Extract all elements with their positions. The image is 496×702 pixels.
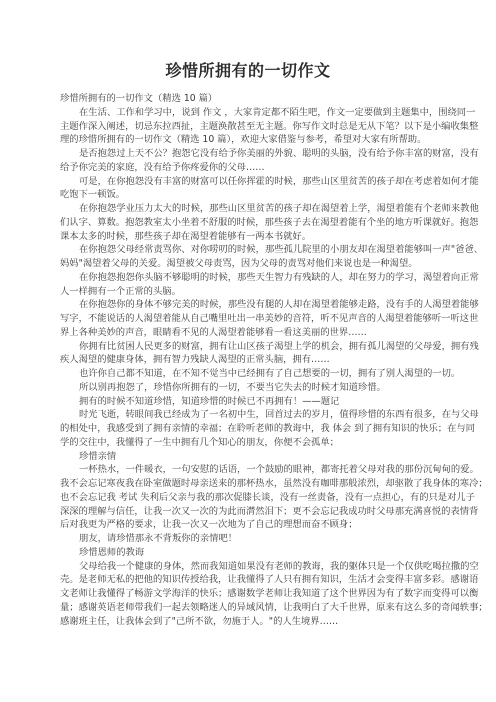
paragraph-line: 珍惜恩师的教诲 — [60, 546, 438, 560]
paragraph-line: 时光飞逝，转眼间我已经成为了一名初中生，回首过去的岁月，值得珍惜的东西有很多，在… — [60, 408, 438, 422]
paragraph-line: 是否抱怨过上天不公？抱怨它没有给予你美丽的外貌、聪明的头脑，没有给予你丰富的财富… — [60, 147, 438, 161]
paragraph-line: 在你抱怨你的身体不够完美的时候，那些没有腿的人却在渴望着能够走路，没有手的人渴望… — [60, 298, 438, 312]
paragraph-line: 量；感谢英语老师带我们一起去领略迷人的异域风情，让我明白了大千世界，原来有这么多… — [60, 601, 438, 615]
paragraph-line: 们认字、算数。抱怨教室太小坐着不舒服的时候，那些孩子去在渴望着能有个坐的地方听课… — [60, 216, 438, 230]
document-subtitle: 珍惜所拥有的一切作文（精选 10 篇） — [60, 92, 438, 106]
paragraph-line: 写字，不能说话的人渴望着能从自己嘴里吐出一串美妙的音符，听不见声音的人渴望着能够… — [60, 312, 438, 326]
paragraph-line: 人一样拥有一个正常的头脑。 — [60, 285, 438, 299]
paragraph-line: 珍惜亲情 — [60, 450, 438, 464]
paragraph-line: 你拥有比贫困人民更多的财富，拥有让山区孩子渴望上学的机会，拥有孤儿渴望的父母爱，… — [60, 340, 438, 354]
paragraph-line: 后对我更为严格的要求，让我一次又一次地为了自己的理想而奋不顾身； — [60, 518, 438, 532]
paragraph-line: 感谢班主任，让我体会到了"己所不欲，勿施于人。"的人生境界…… — [60, 615, 438, 629]
paragraph-line: 可是，在你抱怨没有丰富的财富可以任你挥霍的时候，那些山区里贫苦的孩子却在考虑着如… — [60, 175, 438, 189]
paragraph-line: 一杯热水，一件暖衣，一句安慰的话语，一个鼓励的眼神，都寄托着父母对我的那份沉甸甸… — [60, 463, 438, 477]
paragraph-line: 界上各种美妙的声音，眼睛看不见的人渴望着能够看一看这美丽的世界…… — [60, 326, 438, 340]
paragraph-line: 父母给我一个健康的身体，然而我知道如果没有老师的教诲，我的躯体只是一个仅供吃喝拉… — [60, 560, 438, 574]
document-title: 珍惜所拥有的一切作文 — [0, 61, 496, 81]
paragraph-line: 在生活、工作和学习中，说到 作文 ，大家肯定都不陌生吧，作文一定要做到主题集中，… — [60, 106, 438, 120]
document-page: 珍惜所拥有的一切作文 珍惜所拥有的一切作文（精选 10 篇）在生活、工作和学习中… — [0, 0, 496, 702]
paragraph-line: 朋友，请珍惜那永不背叛你的亲情吧！ — [60, 532, 438, 546]
paragraph-line: 壳。是老师无私的把他的知识传授给我，让我懂得了人只有拥有知识，生活才会变得丰富多… — [60, 573, 438, 587]
paragraph-line: 学的交往中，我懂得了一生中拥有几个知心的朋友，你便不会孤单； — [60, 436, 438, 450]
paragraph-line: 疾人渴望的健康身体，拥有智力残缺人渴望的正常头脑，拥有…… — [60, 353, 438, 367]
paragraph-line: 主题作深入阐述，切忌东拉西扯，主题涣散甚至无主题。你写作文时总是无从下笔？以下是… — [60, 120, 438, 134]
paragraph-line: 文老师让我懂得了畅游文学海洋的快乐；感谢数学老师让我知道了这个世界因为有了数字而… — [60, 587, 438, 601]
paragraph-line: 在你抱怨父母经常责骂你、对你唠叨的时候，那些孤儿院里的小朋友却在渴望着能够叫一声… — [60, 243, 438, 257]
paragraph-line: 也许你自己都不知道，在不知不觉当中已经拥有了自己想要的一切，拥有了别人渴望的一切… — [60, 367, 438, 381]
paragraph-line: 也不会忘记我 考试 失利后父亲与我的那次促膝长谈，没有一丝责备，没有一点担心，有… — [60, 491, 438, 505]
paragraph-line: 课本太多的时候，那些孩子却在渴望着能够有一两本书就好。 — [60, 230, 438, 244]
paragraph-line: 拥有的时候不知道珍惜，知道珍惜的时候已不再拥有！——题记 — [60, 395, 438, 409]
paragraph-line: 吃饱下一顿饭。 — [60, 188, 438, 202]
paragraph-line: 理的珍惜所拥有的一切作文（精选 10 篇），欢迎大家借鉴与参考，希望对大家有所帮… — [60, 133, 438, 147]
paragraph-line: 在你抱怨抱怨你头脑不够聪明的时候，那些天生智力有残缺的人，却在努力的学习，渴望着… — [60, 271, 438, 285]
paragraph-line: 在你抱怨学业压力太大的时候，那些山区里贫苦的孩子却在渴望着上学，渴望着能有个老师… — [60, 202, 438, 216]
paragraph-line: 给予你完美的家庭，没有给予你疼爱你的父母…… — [60, 161, 438, 175]
paragraph-line: 妈妈"渴望着父母的关爱。渴望被父母责骂，因为父母的责骂对他们来说也是一种渴望。 — [60, 257, 438, 271]
paragraph-line: 我不会忘记寒夜我在卧室做题时母亲送来的那杯热水，虽然没有咖啡那般浓烈，却驱散了我… — [60, 477, 438, 491]
document-body: 珍惜所拥有的一切作文（精选 10 篇）在生活、工作和学习中，说到 作文 ，大家肯… — [60, 92, 438, 628]
paragraph-line: 的相处中，我感受到了拥有亲情的幸福；在聆听老师的教诲中，我 体会 到了拥有知识的… — [60, 422, 438, 436]
paragraph-line: 深深的理解与信任，让我一次又一次的为此而潸然泪下；更不会忘记我成功时父母那充满喜… — [60, 505, 438, 519]
paragraph-line: 所以别再抱怨了，珍惜你所拥有的一切，不要当它失去的时候才知道珍惜。 — [60, 381, 438, 395]
